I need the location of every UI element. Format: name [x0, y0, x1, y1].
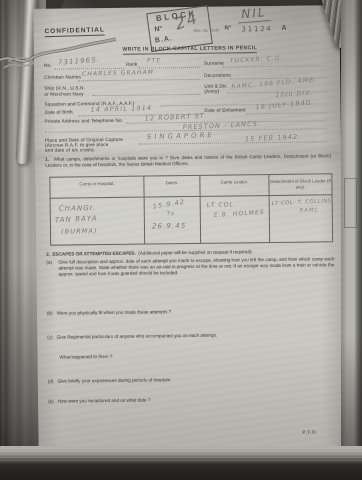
section-2-note: (Additional paper will be supplied on re… [138, 249, 253, 255]
question-2b-label: (b) [47, 311, 53, 316]
question-2c-followup: What happened to them ? [60, 354, 113, 360]
rank-label: Rank [126, 62, 138, 68]
question-2c: (c)Give Regimental particulars of anyone… [47, 333, 217, 340]
jap-number-sign: N° [224, 25, 231, 31]
question-2d: (d)Give briefly your experiences during … [48, 377, 172, 384]
dates-to: 26.9.45 [152, 222, 187, 230]
block-leader-line1: LT COL. T. COLLINS [272, 198, 332, 207]
camp-table-row: CHANGI. TAN BAYA (BURMA) 15.9.42 To 26.9… [51, 195, 333, 244]
adjacent-page-shadow [341, 0, 362, 480]
camp-table-header-dates: Dates. [143, 176, 199, 197]
section-2-title: ESCAPES OR ATTEMPTED ESCAPES. [52, 251, 136, 257]
camp-table-header-camp: Camp or Hospital. [50, 177, 143, 198]
dotted-line [222, 65, 326, 67]
question-2a: (a) Give full description and approx. da… [46, 256, 334, 278]
dates-cell: 15.9.42 To 26.9.45 [144, 197, 201, 244]
photo-background: CONFIDENTIAL BLOCK N° B.A. 24 NIL REL. N… [0, 0, 362, 480]
dates-from: 15.9.42 [152, 198, 185, 211]
question-2e: (e)How were you recaptured and on what d… [48, 397, 150, 403]
date-of-birth-label: Date of Birth [45, 109, 73, 115]
camp-leader-line2: E.B. HOLMES [214, 209, 265, 219]
unit-div-label-line2: (Army) [204, 89, 219, 95]
camp-table: Camp or Hospital. Dates. Camp Leader. De… [49, 173, 333, 245]
camp-leader-cell: LT COL. E.B. HOLMES [200, 196, 270, 243]
dotted-line [139, 141, 327, 144]
date-of-enlistment-label: Date of Enlistment [205, 107, 246, 113]
private-address-label: Private Address and Telephone No. [45, 118, 124, 124]
dotted-line [247, 112, 327, 114]
question-1-text: What camps, detachments or hospitals wer… [45, 153, 331, 168]
question-2d-label: (d) [48, 379, 54, 384]
question-2a-label: (a) [46, 260, 58, 279]
dotted-line [92, 94, 200, 96]
question-2c-followup-text: What happened to them ? [60, 354, 113, 360]
camp-name-line3: (BURMA) [61, 227, 98, 235]
camp-cell: CHANGI. TAN BAYA (BURMA) [51, 198, 145, 245]
surname-label: Surname [204, 61, 224, 67]
camp-table-header-block-leader: Detachment or Block Leader (if any). [268, 174, 331, 195]
unit-div-value-line2: 18th DIV. [275, 90, 313, 99]
question-2c-label: (c) [47, 335, 52, 340]
question-2b: (b)Were you physically fit when you made… [47, 309, 171, 316]
form-heading-text: WRITE IN BLOCK CAPITAL LETTERS IN PENCIL [122, 45, 257, 54]
block-stamp-ba: B.A. [155, 35, 174, 44]
surname-value: TUCKER. C.G. [230, 55, 284, 65]
camp-name-line1: CHANGI. [59, 204, 97, 212]
question-2d-text: Give briefly your experiences during per… [57, 377, 171, 383]
block-leader-line2: RAMC [300, 207, 319, 213]
capture-value-place: SINGAPORE [147, 131, 215, 141]
question-2c-text: Give Regimental particulars of anyone wh… [57, 333, 217, 340]
rank-value: PTE. [147, 57, 164, 64]
camp-name-line2: TAN BAYA [55, 214, 98, 224]
jap-number-value: 31124 [241, 25, 272, 33]
jap-number-suffix: A [281, 25, 286, 32]
camp-table-header-leader: Camp Leader. [199, 175, 268, 196]
capture-label-line3: and date of a/c crash). [45, 147, 95, 153]
binder-string [0, 30, 120, 80]
date-of-enlistment-value: 18 JULY 1940. [255, 98, 314, 111]
decorations-label: Decorations [204, 72, 231, 78]
block-leader-cell: LT COL. T. COLLINS RAMC [269, 195, 333, 242]
question-2e-text: How were you recaptured and on what date… [58, 397, 151, 403]
section-2-heading: 2. ESCAPES OR ATTEMPTED ESCAPES. (Additi… [46, 249, 253, 257]
block-stamp-no-label: N° [154, 25, 163, 33]
nil-handwritten: NIL [237, 5, 271, 24]
question-1: 1. What camps, detachments or hospitals … [45, 153, 331, 169]
date-of-birth-value: 14 APRIL 1914 [90, 104, 152, 114]
pto-note: P.T.O. [302, 429, 318, 434]
dates-to-word: To [167, 211, 175, 217]
question-1-number: 1. [45, 157, 49, 162]
camp-leader-line1: LT COL. [207, 201, 237, 208]
question-2b-text: Were you physically fit when you made th… [57, 309, 172, 315]
question-2a-text: Give full description and approx. date o… [58, 256, 334, 278]
jap-number-label: REL. No. (JAP) [194, 29, 220, 33]
section-2-number: 2. [46, 252, 50, 257]
paper-stack-bottom-stripes [0, 448, 362, 462]
ship-label-line2: or Merchant Navy [44, 91, 84, 97]
question-2e-label: (e) [48, 399, 54, 404]
